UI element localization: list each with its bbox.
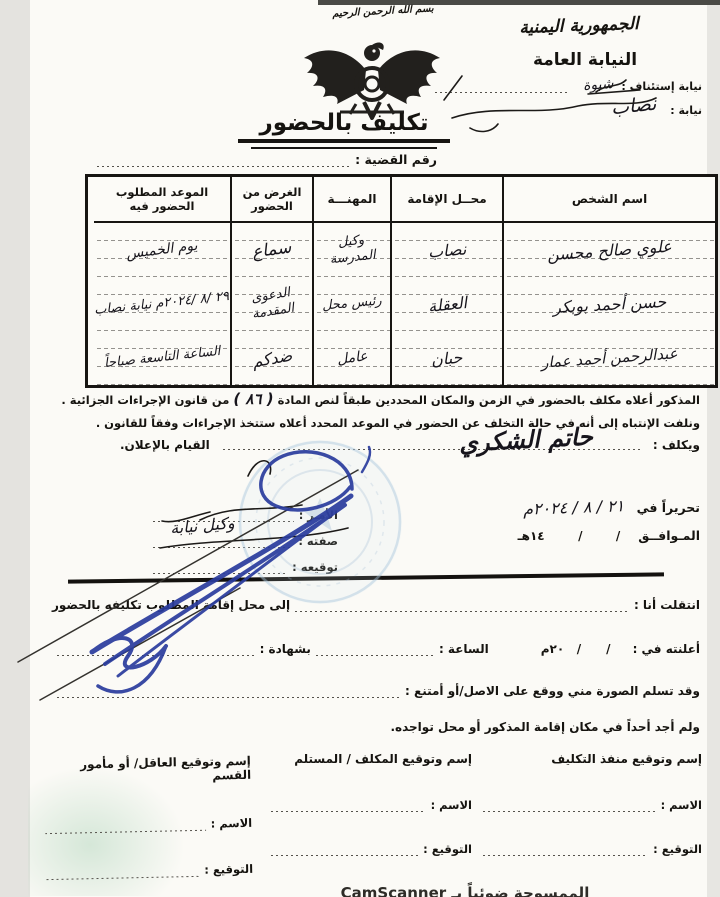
sign-dotted-line	[271, 844, 418, 856]
notice-1-text-b: من قانون الإجراءات الجزائية .	[61, 393, 229, 407]
name-dotted-line	[271, 800, 426, 812]
scan-left-margin	[0, 0, 30, 897]
service-announced-row: أعلنته في : / / ٢٠م الساعة : بشهادة :	[52, 642, 700, 656]
case-number-row: رقم القضية :	[92, 152, 437, 167]
service-announced-value: / / ٢٠م	[541, 642, 611, 656]
summons-title: تكليف بالحضور	[238, 110, 450, 136]
table-cell-profession: عامل	[312, 331, 390, 385]
issue-date-row: تحريراً في ٢١ / ٨ / ٢٠٢٤م	[380, 498, 700, 517]
bismillah-calligraphy: بسم الله الرحمن الرحيم	[322, 3, 444, 20]
appeal-prosecution-label: نيابة إستئناف :	[621, 80, 702, 93]
table-cell-residence: العقلة	[390, 277, 502, 331]
officer-capacity-dotted-line	[153, 536, 293, 548]
col-header-profession: المهنـــة	[312, 177, 390, 223]
assignment-label: ويكلف :	[653, 438, 700, 452]
col-header-person-name: اسم الشخص	[502, 177, 715, 223]
table-cell-purpose: الدعوى المقدمة	[230, 277, 312, 331]
assignee-handwriting: حاتم الشكري	[458, 423, 593, 458]
sign-label: التوقيع :	[204, 862, 253, 877]
name-label: الاسم :	[431, 798, 472, 812]
service-moved-label: انتقلت أنا :	[634, 598, 700, 612]
name-label: الاسم :	[661, 798, 702, 812]
hijri-date-row: المـوافــق / / ١٤هـ	[380, 528, 700, 543]
sign-label: التوقيع :	[653, 842, 702, 856]
service-received-label: وقد تسلم الصورة مني ووقع على الاصل/أو أم…	[405, 684, 700, 698]
col-header-purpose: الغرض من الحضور	[230, 177, 312, 223]
assignment-row: ويكلف : حاتم الشكري القيام بالإعلان.	[120, 438, 700, 452]
signature-column-title: إسم وتوقيع العاقل/ أو مأمور القسم	[39, 754, 252, 786]
service-notfound-row: ولم أجد أحداً في مكان إقامة المذكور أو م…	[52, 720, 700, 734]
appeal-dotted-line	[435, 81, 570, 93]
table-cell-purpose: سماع	[230, 223, 312, 277]
scan-right-margin	[707, 0, 720, 897]
signature-name-row: الاسم :	[478, 792, 702, 812]
col-header-residence: محــل الإقامة	[390, 177, 502, 223]
scan-top-edge	[318, 0, 720, 5]
service-moved-dotted-line	[295, 600, 629, 612]
signature-sign-row: التوقيع :	[41, 856, 253, 880]
officer-capacity-label: صفته :	[298, 534, 338, 548]
issue-date-label: تحريراً في	[637, 500, 700, 515]
scanned-summons-document: { "header": { "bismillah": "بسم الله الر…	[0, 0, 720, 897]
table-cell-appointment: يوم الخميس	[94, 223, 230, 277]
signature-sign-row: التوقيع :	[266, 836, 472, 856]
hijri-date-value: / / ١٤هـ	[518, 529, 621, 543]
officer-signature-label: توقيعه :	[292, 560, 338, 574]
signature-column-executor: إسم وتوقيع منفذ التكليف الاسم : التوقيع …	[478, 752, 702, 856]
case-number-dotted-line	[97, 155, 350, 167]
table-cell-appointment: الساعة التاسعة صباحاً	[94, 331, 230, 385]
table-cell-residence: حبان	[390, 331, 502, 385]
service-hour-label: الساعة :	[439, 642, 489, 656]
name-label: الاسم :	[211, 816, 253, 831]
table-cell-name: عبدالرحمن أحمد عمار	[502, 331, 715, 385]
service-moved-row: انتقلت أنا : إلى محل إقامة المطلوب تكليف…	[52, 598, 700, 612]
table-cell-name: علوي صالح محسن	[502, 223, 715, 277]
authority-title: النيابة العامة	[470, 50, 700, 70]
republic-title: الجمهورية اليمنية	[455, 12, 704, 41]
summons-title-block: تكليف بالحضور	[238, 110, 450, 149]
officer-signature-dotted-line	[153, 562, 287, 574]
table-cell-residence: نصاب	[390, 223, 502, 277]
table-cell-name: حسن أحمد بوبكر	[502, 277, 715, 331]
article-number-handwriting: ( ٨٦ )	[233, 390, 273, 408]
notice-paragraph-1: المذكور أعلاه مكلف بالحضور في الزمن والم…	[50, 390, 700, 408]
assignment-task-label: القيام بالإعلان.	[120, 438, 210, 452]
service-witness-dotted-line	[57, 644, 255, 656]
camscanner-watermark: الممسوحة ضوئياً بـ CamScanner	[320, 884, 610, 897]
name-dotted-line	[483, 800, 656, 812]
notice-1-text-a: المذكور أعلاه مكلف بالحضور في الزمن والم…	[278, 393, 700, 407]
col-header-appointment: الموعد المطلوب الحضور فيه	[94, 177, 230, 223]
service-received-row: وقد تسلم الصورة مني ووقع على الاصل/أو أم…	[52, 684, 700, 698]
signature-sign-row: التوقيع :	[478, 836, 702, 856]
table-cell-profession: رئيس محل	[312, 277, 390, 331]
branch-prosecution-handwriting: نصاب	[610, 93, 658, 120]
service-witness-label: بشهادة :	[260, 642, 311, 656]
officer-order-label: الأمـر :	[299, 508, 338, 522]
table-cell-profession: وكيل المدرسة	[312, 223, 390, 277]
sign-label: التوقيع :	[423, 842, 472, 856]
yemen-emblem-icon	[298, 30, 446, 120]
table-cell-purpose: ضدكم	[230, 331, 312, 385]
signature-column-title: إسم وتوقيع منفذ التكليف	[478, 752, 702, 766]
issue-date-handwriting: ٢١ / ٨ / ٢٠٢٤م	[523, 496, 625, 519]
signature-column-aqil: إسم وتوقيع العاقل/ أو مأمور القسم الاسم …	[39, 754, 254, 880]
service-hour-dotted-line	[316, 644, 434, 656]
table-cell-appointment: ٢٩ /٨ /٢٠٢٤م نيابة نصاب	[94, 277, 230, 331]
title-underline-1	[238, 139, 450, 143]
case-number-label: رقم القضية :	[355, 152, 437, 167]
name-dotted-line	[45, 819, 206, 834]
officer-signature-row: توقيعه :	[148, 548, 338, 574]
hijri-date-label: المـوافــق	[638, 528, 700, 543]
signature-column-recipient: إسم وتوقيع المكلف / المستلم الاسم : التو…	[266, 752, 472, 856]
signature-name-row: الاسم :	[266, 792, 472, 812]
service-announced-label: أعلنته في :	[633, 642, 700, 656]
appeal-prosecution-line: نيابة إستئناف : شبوة	[430, 77, 702, 93]
branch-prosecution-label: نيابة :	[670, 104, 702, 117]
summons-table: اسم الشخص محــل الإقامة المهنـــة الغرض …	[85, 174, 718, 388]
signature-column-title: إسم وتوقيع المكلف / المستلم	[266, 752, 472, 766]
appeal-prosecution-handwriting: شبوة	[582, 76, 614, 94]
service-received-dotted-line	[57, 686, 400, 698]
sign-dotted-line	[483, 844, 648, 856]
service-moved-destination: إلى محل إقامة المطلوب تكليفه بالحضور	[52, 598, 290, 612]
branch-prosecution-line: نيابة : نصاب	[430, 95, 702, 117]
signature-name-row: الاسم :	[40, 810, 252, 834]
notice-paragraph-2: ونلفت الإنتباه إلى أنه في حالة التخلف عن…	[50, 416, 700, 430]
title-underline-2	[251, 147, 438, 150]
